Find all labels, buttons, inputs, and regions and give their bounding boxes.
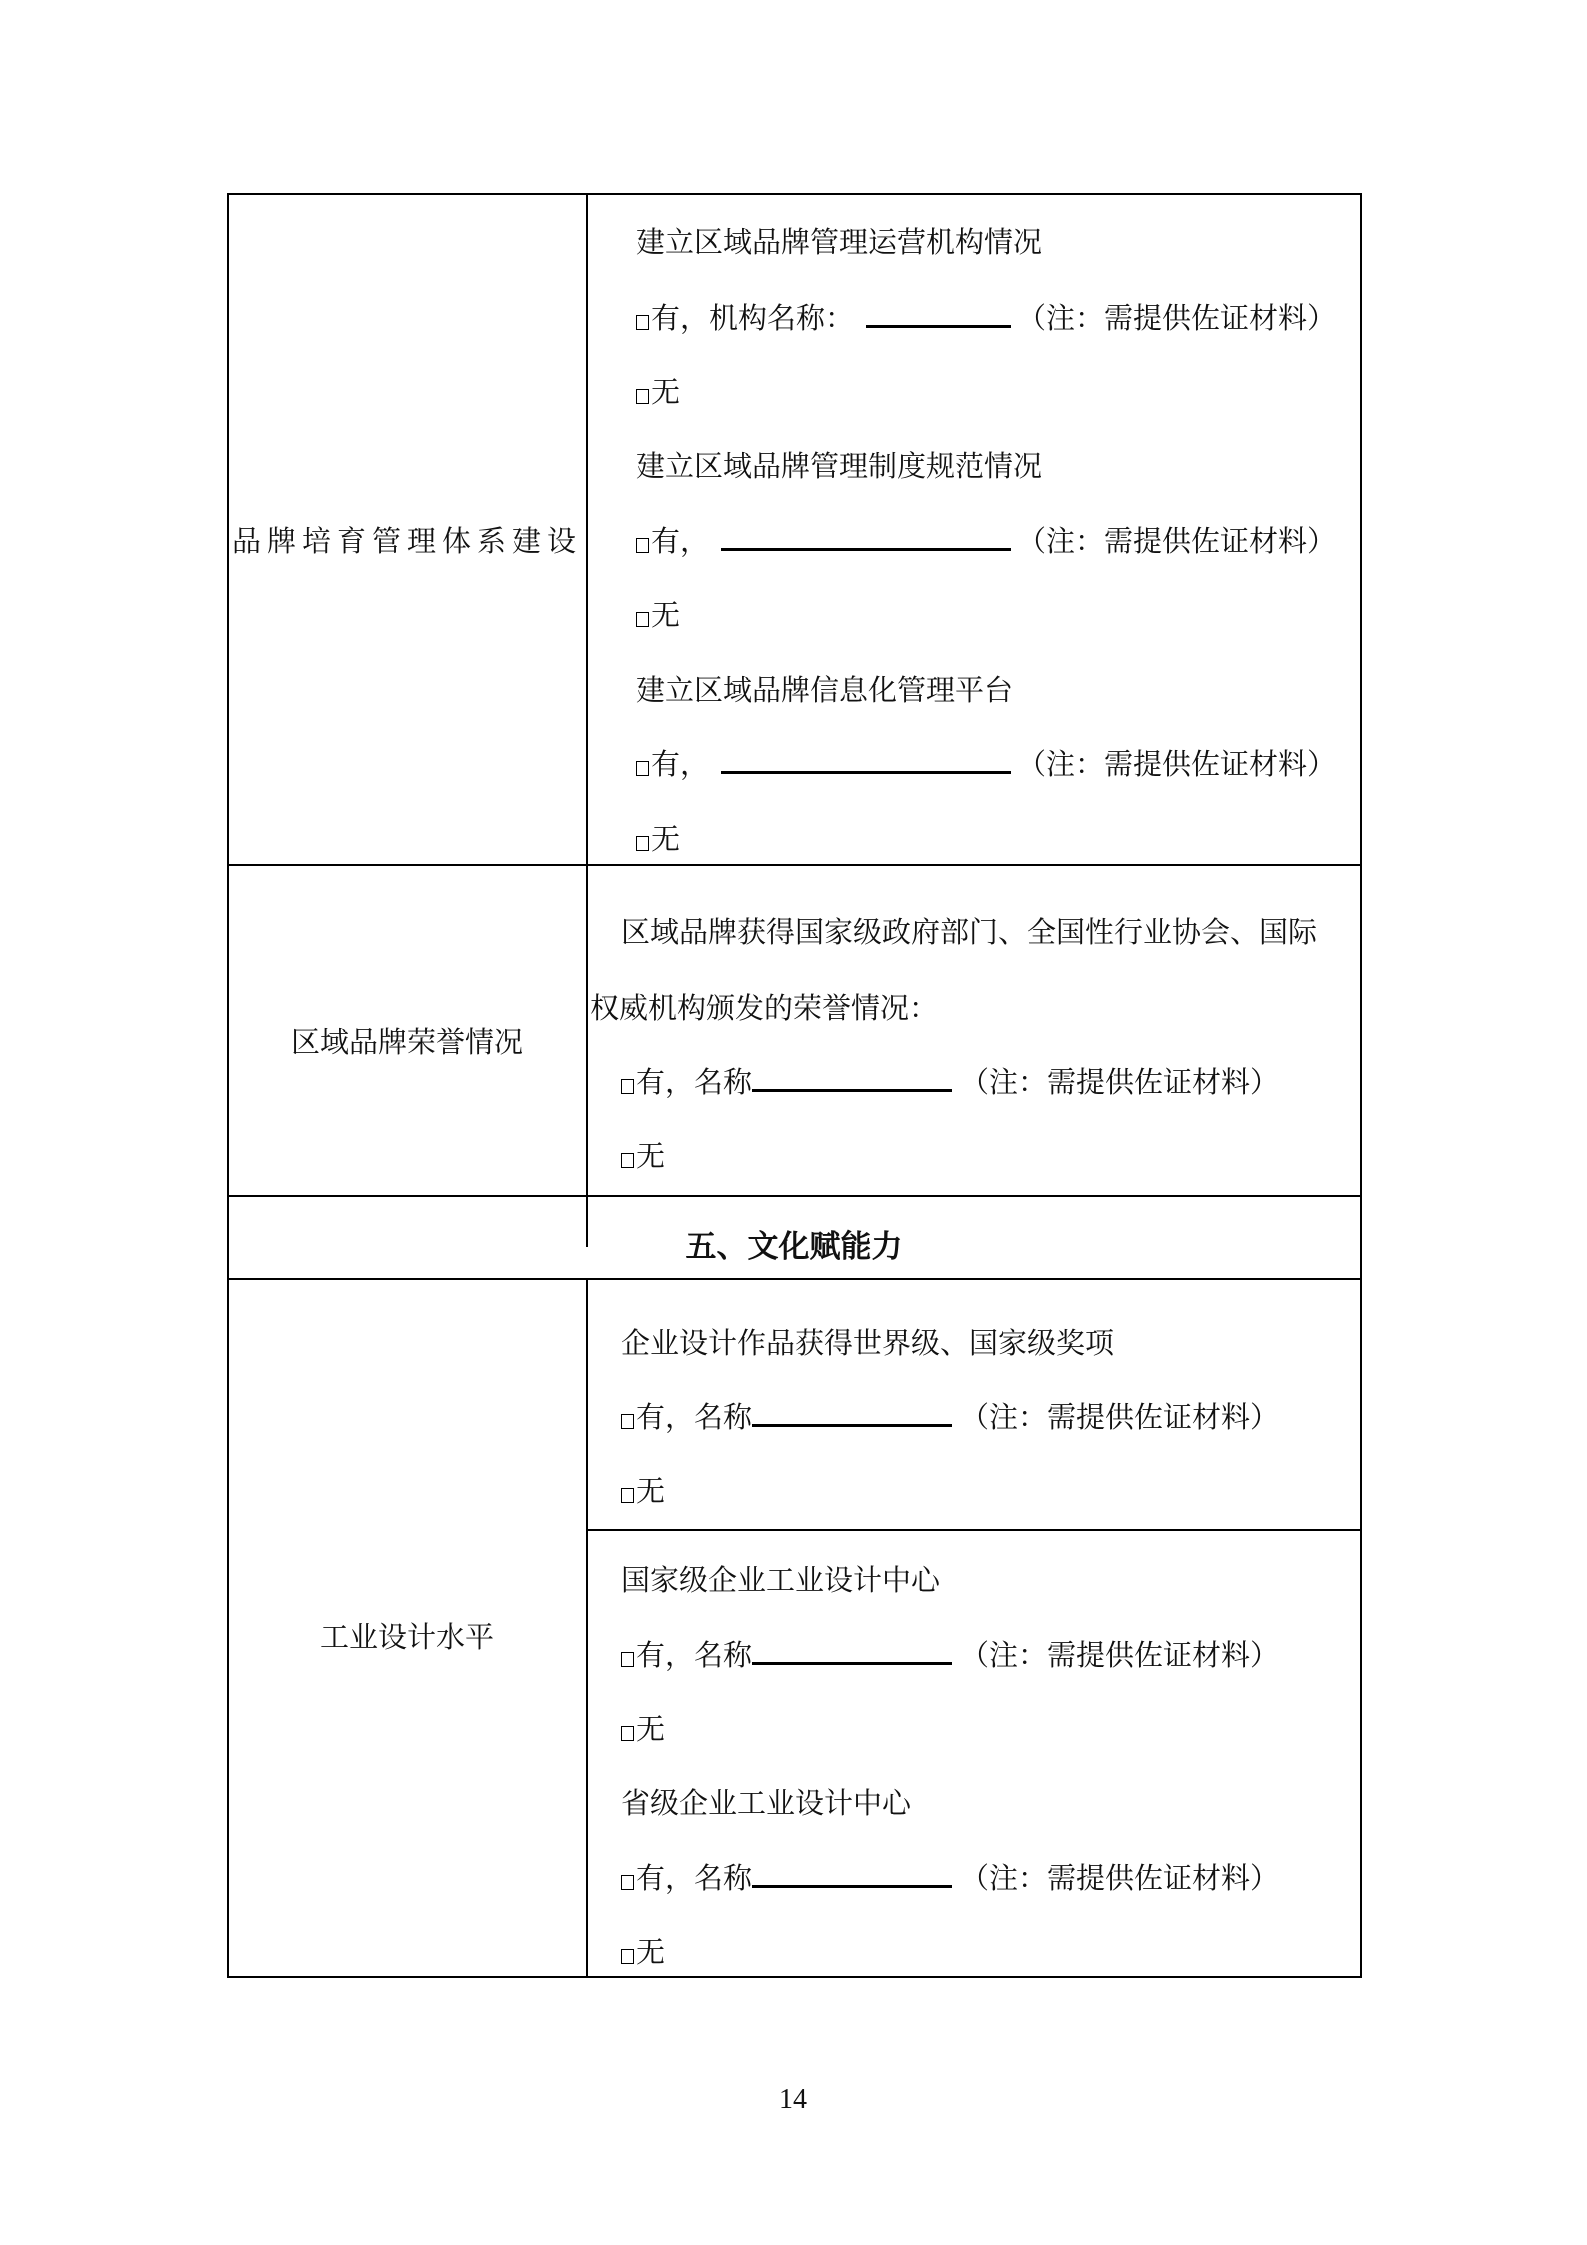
item-title: 建立区域品牌管理制度规范情况 [636, 448, 1042, 484]
checkbox-yes[interactable] [621, 1079, 634, 1094]
fill-in-blank[interactable] [752, 1067, 952, 1092]
fill-in-blank[interactable] [866, 303, 1011, 328]
checkbox-yes[interactable] [636, 538, 649, 553]
checkbox-yes[interactable] [621, 1414, 634, 1429]
row-divider [227, 1195, 1362, 1197]
description-line: 权威机构颁发的荣誉情况： [590, 990, 938, 1026]
checkbox-no[interactable] [621, 1153, 634, 1168]
fill-in-blank[interactable] [721, 749, 1011, 774]
checkbox-no[interactable] [621, 1488, 634, 1503]
item-title: 建立区域品牌信息化管理平台 [636, 672, 1013, 708]
section-heading: 五、文化赋能力 [686, 1227, 903, 1267]
column-divider [586, 1279, 588, 1978]
checkbox-yes[interactable] [621, 1652, 634, 1667]
option-no[interactable]: 无 [636, 374, 680, 410]
option-yes[interactable]: 有，名称（注：需提供佐证材料） [621, 1637, 1279, 1673]
checkbox-no[interactable] [636, 612, 649, 627]
checkbox-yes[interactable] [636, 315, 649, 330]
option-yes[interactable]: 有，（注：需提供佐证材料） [636, 746, 1336, 782]
subrow-divider [587, 1529, 1362, 1531]
option-no[interactable]: 无 [636, 597, 680, 633]
item-title: 国家级企业工业设计中心 [621, 1562, 940, 1598]
description-line: 区域品牌获得国家级政府部门、全国性行业协会、国际 [621, 914, 1317, 950]
checkbox-no[interactable] [636, 836, 649, 851]
option-yes[interactable]: 有，名称（注：需提供佐证材料） [621, 1064, 1279, 1100]
page-number: 14 [779, 2084, 807, 2116]
row-divider [227, 864, 1362, 866]
row-divider [227, 1278, 1362, 1280]
option-no[interactable]: 无 [621, 1711, 665, 1747]
checkbox-no[interactable] [621, 1726, 634, 1741]
option-no[interactable]: 无 [621, 1138, 665, 1174]
checkbox-no[interactable] [636, 389, 649, 404]
fill-in-blank[interactable] [752, 1863, 952, 1888]
checkbox-yes[interactable] [621, 1875, 634, 1890]
fill-in-blank[interactable] [752, 1640, 952, 1665]
row-label-industrial-design: 工业设计水平 [320, 1619, 494, 1655]
option-no[interactable]: 无 [621, 1473, 665, 1509]
option-no[interactable]: 无 [621, 1934, 665, 1970]
option-yes[interactable]: 有，（注：需提供佐证材料） [636, 523, 1336, 559]
option-yes[interactable]: 有，名称（注：需提供佐证材料） [621, 1399, 1279, 1435]
option-yes[interactable]: 有，机构名称：（注：需提供佐证材料） [636, 300, 1336, 336]
row-label-brand-honors: 区域品牌荣誉情况 [291, 1024, 523, 1060]
fill-in-blank[interactable] [721, 526, 1011, 551]
row-label-brand-management: 品牌培育管理体系建设 [232, 523, 582, 559]
checkbox-yes[interactable] [636, 761, 649, 776]
option-no[interactable]: 无 [636, 821, 680, 857]
item-title: 建立区域品牌管理运营机构情况 [636, 224, 1042, 260]
item-title: 省级企业工业设计中心 [621, 1785, 911, 1821]
option-yes[interactable]: 有，名称（注：需提供佐证材料） [621, 1860, 1279, 1896]
fill-in-blank[interactable] [752, 1402, 952, 1427]
item-title: 企业设计作品获得世界级、国家级奖项 [621, 1325, 1114, 1361]
checkbox-no[interactable] [621, 1949, 634, 1964]
column-divider [586, 193, 588, 1247]
